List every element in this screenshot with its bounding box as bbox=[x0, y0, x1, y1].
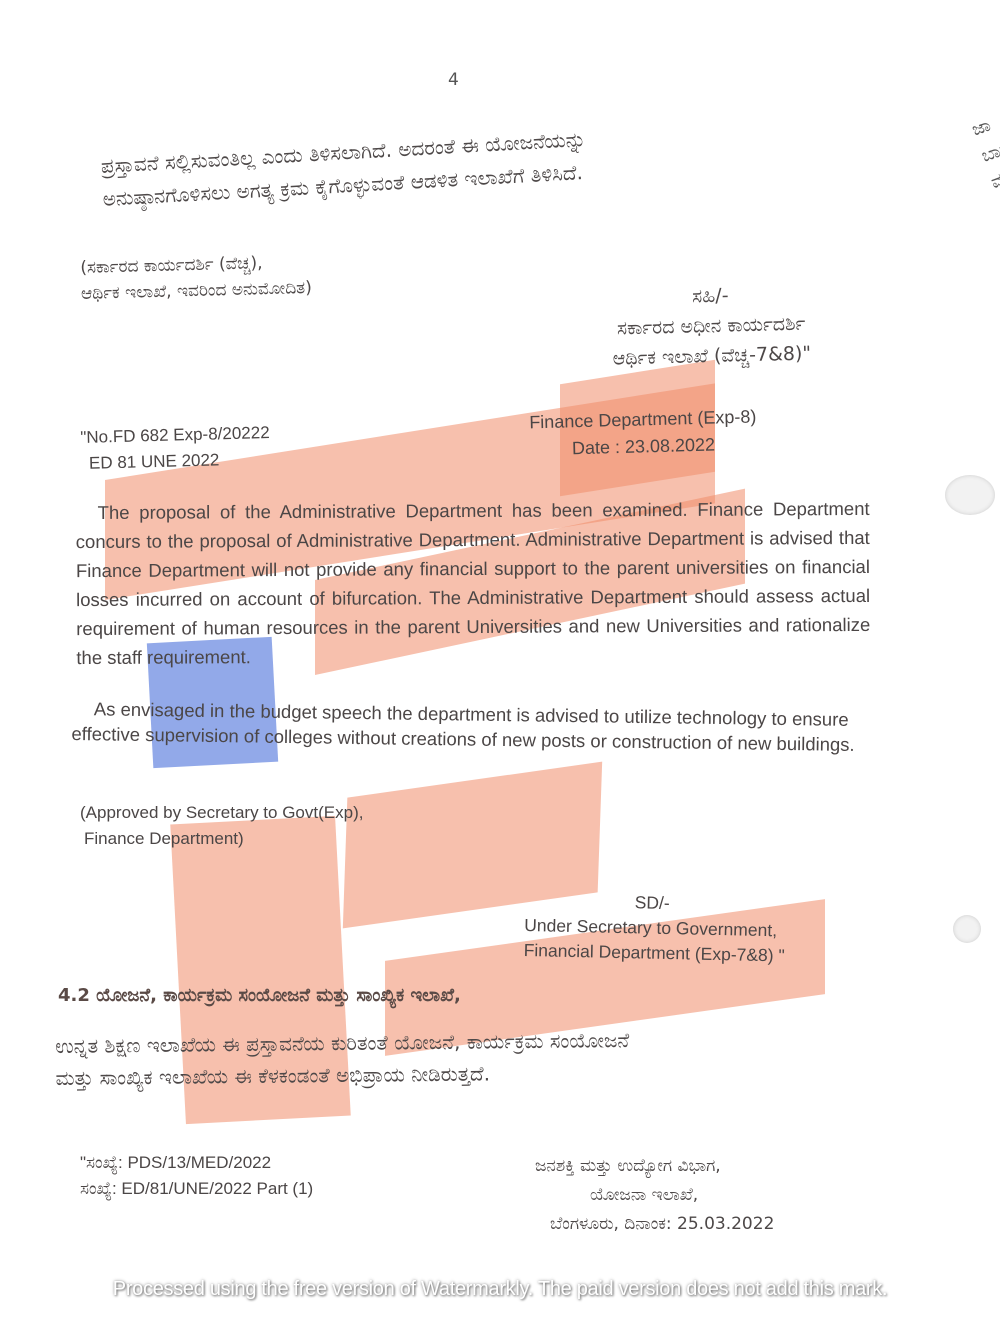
english-approval-note: (Approved by Secretary to Govt(Exp), Fin… bbox=[80, 800, 363, 852]
english-body-paragraph-2: As envisaged in the budget speech the de… bbox=[71, 696, 872, 757]
reference-number: ಸಂಖ್ಯೆ: ED/81/UNE/2022 Part (1) bbox=[80, 1176, 313, 1202]
section-heading-4-2: 4.2 ಯೋಜನೆ, ಕಾರ್ಯಕ್ರಮ ಸಂಯೋಜನೆ ಮತ್ತು ಸಾಂಖ್… bbox=[58, 985, 461, 1006]
paragraph-line: ಮತ್ತು ಸಾಂಖ್ಯಿಕ ಇಲಾಖೆಯ ಈ ಕೆಳಕಂಡಂತೆ ಅಭಿಪ್ರ… bbox=[55, 1056, 629, 1094]
reference-number: "ಸಂಖ್ಯೆ: PDS/13/MED/2022 bbox=[80, 1150, 313, 1176]
kannada-approval-note: (ಸರ್ಕಾರದ ಕಾರ್ಯದರ್ಶಿ (ವೆಚ್ಚ), ಆರ್ಥಿಕ ಇಲಾಖ… bbox=[80, 249, 312, 307]
punch-hole-upper bbox=[945, 475, 995, 515]
paragraph-text: The proposal of the Administrative Depar… bbox=[76, 494, 871, 672]
english-body-paragraph-1: The proposal of the Administrative Depar… bbox=[76, 494, 871, 672]
adjacent-page-fragment: ಜಾ ಬಾಗ ಮ ನ bbox=[968, 108, 1000, 223]
kannada-intro-paragraph: ಪ್ರಸ್ತಾವನೆ ಸಲ್ಲಿಸುವಂತಿಲ್ಲ ಎಂದು ತಿಳಿಸಲಾಗಿ… bbox=[100, 123, 589, 216]
approval-line: (Approved by Secretary to Govt(Exp), bbox=[80, 800, 363, 826]
reference-number: "No.FD 682 Exp-8/20222 bbox=[80, 420, 270, 451]
office-division: ಜನಶಕ್ತಿ ಮತ್ತು ಉದ್ಯೋಗ ವಿಭಾಗ, bbox=[535, 1152, 855, 1181]
reference-file: ED 81 UNE 2022 bbox=[81, 446, 271, 477]
paragraph-line: ಉನ್ನತ ಶಿಕ್ಷಣ ಇಲಾಖೆಯ ಈ ಪ್ರಸ್ತಾವನೆಯ ಕುರಿತಂ… bbox=[55, 1024, 629, 1062]
approval-line: ಆರ್ಥಿಕ ಇಲಾಖೆ, ಇವರಿಂದ ಅನುಮೋದಿತ) bbox=[81, 275, 312, 307]
office-department: ಯೋಜನಾ ಇಲಾಖೆ, bbox=[535, 1181, 855, 1210]
section-4-2-paragraph: ಉನ್ನತ ಶಿಕ್ಷಣ ಇಲಾಖೆಯ ಈ ಪ್ರಸ್ತಾವನೆಯ ಕುರಿತಂ… bbox=[55, 1024, 630, 1094]
office-location-date: ಬೆಂಗಳೂರು, ದಿನಾಂಕ: 25.03.2022 bbox=[535, 1210, 855, 1239]
signatory-department: ಆರ್ಥಿಕ ಇಲಾಖೆ (ವೆಚ್ಚ-7&8)" bbox=[562, 337, 863, 375]
signatory-department: Financial Department (Exp-7&8) " bbox=[523, 938, 843, 970]
watermark-text: Processed using the free version of Wate… bbox=[0, 1278, 1000, 1301]
punch-hole-lower bbox=[953, 915, 981, 943]
fd-reference-number: "No.FD 682 Exp-8/20222 ED 81 UNE 2022 bbox=[80, 420, 271, 477]
english-signature-block: SD/- Under Secretary to Government, Fina… bbox=[523, 888, 845, 970]
paragraph-text: As envisaged in the budget speech the de… bbox=[71, 696, 872, 757]
page-number: 4 bbox=[448, 70, 459, 90]
kannada-signature-block: ಸಹಿ/- ಸರ್ಕಾರದ ಅಧೀನ ಕಾರ್ಯದರ್ಶಿ ಆರ್ಥಿಕ ಇಲಾ… bbox=[560, 277, 862, 375]
approval-line: Finance Department) bbox=[80, 826, 363, 852]
fd-department-date: Finance Department (Exp-8) Date : 23.08.… bbox=[505, 403, 781, 464]
planning-office-block: ಜನಶಕ್ತಿ ಮತ್ತು ಉದ್ಯೋಗ ವಿಭಾಗ, ಯೋಜನಾ ಇಲಾಖೆ,… bbox=[535, 1152, 855, 1239]
planning-reference-numbers: "ಸಂಖ್ಯೆ: PDS/13/MED/2022 ಸಂಖ್ಯೆ: ED/81/U… bbox=[80, 1150, 313, 1202]
